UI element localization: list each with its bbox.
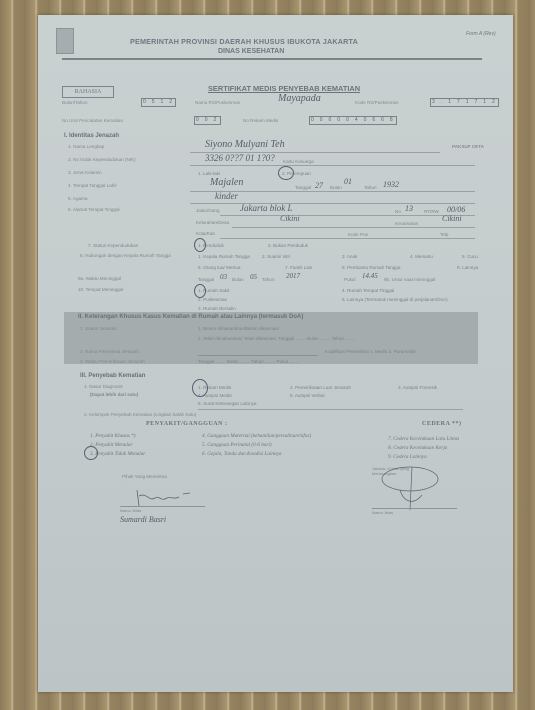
- full-name-value[interactable]: Siyono Mulyani Teh: [205, 139, 285, 150]
- disease-heading: PENYAKIT/GANGGUAN :: [146, 421, 227, 427]
- death-month-label: Bulan: [232, 277, 244, 282]
- city-label: Kota/Kab: [196, 231, 215, 236]
- corpse-status-option-2[interactable]: 2. Telah dimakamkan/ Telah dikremasi, Ta…: [198, 336, 355, 341]
- field-2-label: 2. No Induk Kependudukan (NIK): [68, 157, 136, 162]
- basis-option-3[interactable]: 3. Autopsi Forensik: [398, 385, 437, 390]
- death-place-option-5[interactable]: 5. Lainnya (Termasuk meninggal di perjal…: [342, 297, 448, 302]
- disease-option-6[interactable]: 6. Gejala, Tanda dan Kondisi Lainnya: [202, 451, 282, 457]
- gender-selected-circle: [278, 166, 294, 180]
- birthplace-value[interactable]: Majalen: [210, 177, 243, 188]
- field-6-label: 6. Alamat Tempat Tinggal: [68, 207, 120, 212]
- section-3-title: III. Penyebab Kematian: [80, 373, 145, 379]
- relation-option-7[interactable]: 7. Famili Lain: [285, 265, 312, 270]
- basis-option-6[interactable]: 6. Surat Keterangan Lainnya: [198, 401, 257, 406]
- kecamatan-label: Kecamatan: [395, 221, 418, 226]
- injury-option-7[interactable]: 7. Cedera Kecelakaan Lalu Lintas: [388, 436, 459, 442]
- receiver-signature-line: [120, 506, 205, 507]
- field-5-line: [190, 203, 475, 204]
- basis-divider: [198, 409, 463, 410]
- death-day-value[interactable]: 03: [220, 273, 227, 281]
- city-line: [220, 238, 475, 239]
- exam-time-fields[interactable]: Tanggal ........ Bulan ........ Tahun ..…: [198, 359, 300, 364]
- jakarta-emblem-icon: [56, 28, 74, 54]
- form-title: SERTIFIKAT MEDIS PENYEBAB KEMATIAN: [208, 84, 360, 93]
- death-hour-label: Pukul: [344, 277, 356, 282]
- field-5-label: 5. Agama: [68, 196, 87, 201]
- street-value[interactable]: Jakarta blok L: [240, 203, 293, 213]
- relation-option-6[interactable]: 6. Orang tua/ Mertua: [198, 265, 240, 270]
- injury-heading: CEDERA **): [422, 421, 462, 427]
- disease-option-3[interactable]: 3. Penyakit Tidak Menular: [90, 451, 145, 457]
- death-month-value[interactable]: 05: [250, 273, 257, 281]
- status-selected-circle: [194, 238, 206, 252]
- corpse-status-label: 1. Status Jenazah: [80, 326, 117, 331]
- field-1-label: 1. Nama Lengkap: [68, 144, 104, 149]
- relation-option-5[interactable]: 5. Cucu: [462, 254, 478, 259]
- field-2-line: [190, 165, 475, 166]
- street-line: [220, 215, 475, 216]
- relation-option-4[interactable]: 4. Menantu: [410, 254, 433, 259]
- print-note: PAKSUF CETA: [452, 144, 484, 149]
- nik-value[interactable]: 3326 0??7 01 1?0?: [205, 153, 275, 163]
- month-year-label: Bulan/Tahun: [62, 100, 88, 105]
- family-card-label: Kartu Keluarga: [283, 159, 314, 164]
- birth-month-value[interactable]: 01: [344, 177, 352, 186]
- birth-year-value[interactable]: 1932: [383, 180, 399, 189]
- disease-option-1[interactable]: 1. Penyakit Khusus *): [90, 433, 136, 439]
- relation-label-1: 8. Hubungan dengan Kepala Rumah Tangga: [80, 253, 171, 258]
- rtrw-value[interactable]: 00/06: [447, 205, 465, 214]
- rtrw-label: RT/RW: [424, 209, 439, 214]
- death-hour-value[interactable]: 14.45: [362, 272, 378, 280]
- death-year-value[interactable]: 2017: [286, 272, 300, 280]
- form-number: Form A (Rev): [466, 31, 496, 37]
- kelurahan-value[interactable]: Cikini: [280, 214, 300, 223]
- kelurahan-label: Kelurahan/Desa: [196, 220, 229, 225]
- relation-option-1[interactable]: 1. Kepala Rumah Tangga: [198, 254, 250, 259]
- phone-label: Telp: [440, 232, 448, 237]
- relation-option-8[interactable]: 8. Pembantu Rumah Tangga: [342, 265, 400, 270]
- basis-selected-circle: [192, 379, 208, 397]
- age-at-death-label: 9b. Umur saat meninggal: [384, 277, 435, 282]
- report-no-label: No Urut Pencatatan Kematian: [62, 118, 123, 123]
- death-place-option-2[interactable]: 2. Puskesmas: [198, 297, 227, 302]
- death-place-option-3[interactable]: 3. Rumah Bersalin: [198, 306, 236, 311]
- relation-option-2[interactable]: 2. Suami/ Istri: [262, 254, 290, 259]
- disease-selected-circle: [84, 446, 98, 460]
- field-3-label: 3. Jenis Kelamin: [68, 170, 102, 175]
- death-place-option-4[interactable]: 4. Rumah Tempat Tinggal: [342, 288, 394, 293]
- status-label: 7. Status Kependudukan: [88, 243, 138, 248]
- field-4-label: 4. Tempat Tanggal Lahir: [68, 183, 117, 188]
- diagnosis-basis-label: 1. Dasar Diagnosis: [84, 384, 123, 389]
- disease-option-2[interactable]: 2. Penyakit Menular: [90, 442, 133, 448]
- religion-value[interactable]: kinder: [215, 191, 238, 201]
- death-place-label: 10. Tempat Meninggal: [78, 287, 123, 292]
- facility-name-value[interactable]: Mayapada: [278, 93, 321, 104]
- examiner-name-line: [198, 355, 318, 356]
- classification-badge: RAHASIA: [62, 86, 114, 98]
- facility-name-label: Nama RS/Puskesmas: [195, 100, 240, 105]
- birth-day-label: Tanggal: [295, 185, 311, 190]
- injury-option-9[interactable]: 9. Cedera Lainnya: [388, 454, 427, 460]
- exam-time-label: 3. Waktu Pemeriksaan Jenazah: [80, 359, 145, 364]
- kelurahan-line: [232, 227, 475, 228]
- basis-option-5[interactable]: 5. Autopsi Verbal: [290, 393, 324, 398]
- disease-option-4[interactable]: 4. Gangguan Maternal (kehamilan/persalin…: [202, 433, 311, 439]
- cause-group-label: 2. Kelompok Penyebab Kematian (Lingkari …: [84, 412, 196, 417]
- house-no-label: No: [395, 209, 401, 214]
- facility-code-boxes[interactable]: 3 . 1 7 1 7 1 2: [430, 98, 499, 107]
- diagnosis-basis-note: (Dapat lebih dari satu): [90, 392, 138, 397]
- medical-record-label: No Rekam Medis: [243, 118, 278, 123]
- gender-option-male[interactable]: 1. Laki-laki: [198, 171, 220, 176]
- status-option-nonresident[interactable]: 2. Bukan Penduduk: [268, 243, 308, 248]
- disease-option-5[interactable]: 5. Gangguan Perinatal (0-6 hari): [202, 442, 272, 448]
- receiver-name-value[interactable]: Sumardi Basri: [120, 515, 166, 524]
- death-place-selected-circle: [194, 284, 206, 298]
- section-1-title: I. Identitas Jenazah: [64, 133, 119, 139]
- header-government: PEMERINTAH PROVINSI DAERAH KHUSUS IBUKOT…: [130, 37, 358, 46]
- header-divider: [62, 58, 482, 60]
- street-label: Jalan/Gang: [196, 208, 220, 213]
- kecamatan-value[interactable]: Cikini: [442, 214, 462, 223]
- basis-option-2[interactable]: 2. Pemeriksaan Luar Jenazah: [290, 385, 351, 390]
- month-year-boxes[interactable]: 0 5 1 2: [141, 98, 176, 107]
- examiner-name-label: 2. Nama Pemeriksa Jenazah: [80, 349, 139, 354]
- report-no-boxes[interactable]: 0 0 2: [194, 116, 221, 125]
- injury-option-8[interactable]: 8. Cedera Kecelakaan Kerja: [388, 445, 447, 451]
- header-department: DINAS KESEHATAN: [218, 48, 284, 55]
- receiver-name-label: Nama Jelas: [120, 508, 141, 513]
- death-day-label: Tanggal: [198, 277, 214, 282]
- birth-year-label: Tahun: [364, 185, 377, 190]
- medical-record-boxes[interactable]: 0 0 0 0 0 4 0 6 6 8: [309, 116, 397, 125]
- relation-option-3[interactable]: 3. Anak: [342, 254, 357, 259]
- examiner-qualification[interactable]: Kualifikasi Pemeriksa 1. Medis 2. Parame…: [325, 349, 416, 354]
- death-year-label: Tahun: [262, 277, 275, 282]
- doctor-name-label: Nama Jelas: [372, 510, 393, 515]
- section-2-title: II. Keterangan Khusus Kasus Kematian di …: [78, 314, 303, 320]
- postal-label: Kode Pos: [348, 232, 368, 237]
- doctor-signature-line: [372, 508, 457, 509]
- house-no-value[interactable]: 13: [405, 204, 413, 213]
- receiver-caption: Pihak Yang Menerima: [122, 474, 167, 479]
- birth-day-value[interactable]: 27: [315, 181, 323, 190]
- death-time-label: 9a. Waktu Meninggal: [78, 276, 121, 281]
- relation-option-9[interactable]: 9. Lainnya: [457, 265, 478, 270]
- corpse-status-option-1[interactable]: 1. Belum dimakamkan/Belum dikremasi: [198, 326, 279, 331]
- facility-code-label: Kode RS/Puskesmas: [355, 100, 398, 105]
- birth-month-label: Bulan: [330, 185, 342, 190]
